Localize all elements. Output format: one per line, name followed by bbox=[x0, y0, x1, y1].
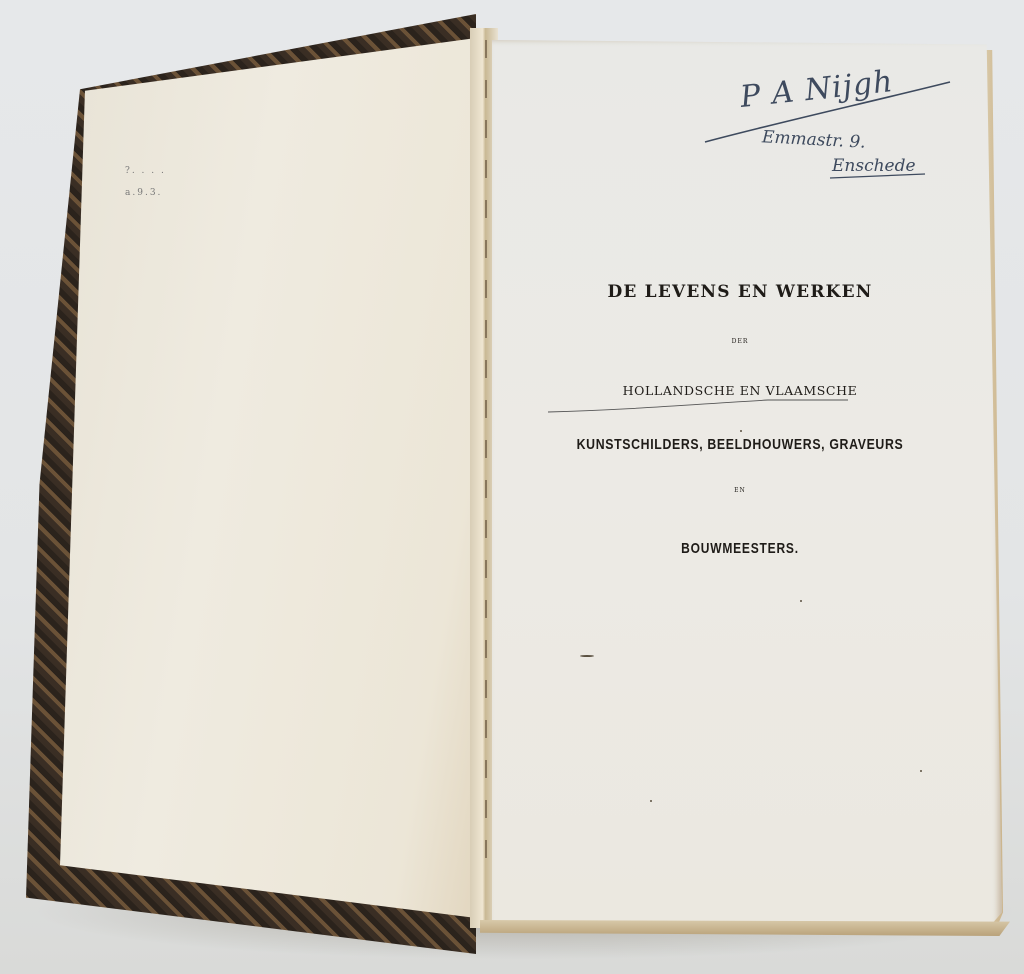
title-line-en: EN bbox=[540, 487, 940, 494]
title-line-hollandsche: HOLLANDSCHE EN VLAAMSCHE bbox=[540, 383, 940, 398]
photo-scene: ?. . . . a.9.3. P A Nijgh Emmastr. 9. En… bbox=[0, 0, 1024, 974]
left-endpaper bbox=[60, 38, 476, 918]
owner-city: Enschede bbox=[832, 156, 916, 176]
gutter-crack bbox=[485, 40, 487, 860]
pencil-note-2: a.9.3. bbox=[125, 182, 166, 204]
title-line-bouwmeesters: BOUWMEESTERS. bbox=[580, 540, 900, 557]
pencil-note-1: ?. . . . bbox=[125, 160, 166, 182]
title-line-professions: KUNSTSCHILDERS, BEELDHOUWERS, GRAVEURS bbox=[576, 436, 904, 453]
pencil-underline bbox=[548, 398, 848, 416]
title-line-der: DER bbox=[540, 338, 940, 345]
pencil-notes: ?. . . . a.9.3. bbox=[125, 160, 166, 204]
title-line-main: DE LEVENS EN WERKEN bbox=[540, 282, 940, 302]
